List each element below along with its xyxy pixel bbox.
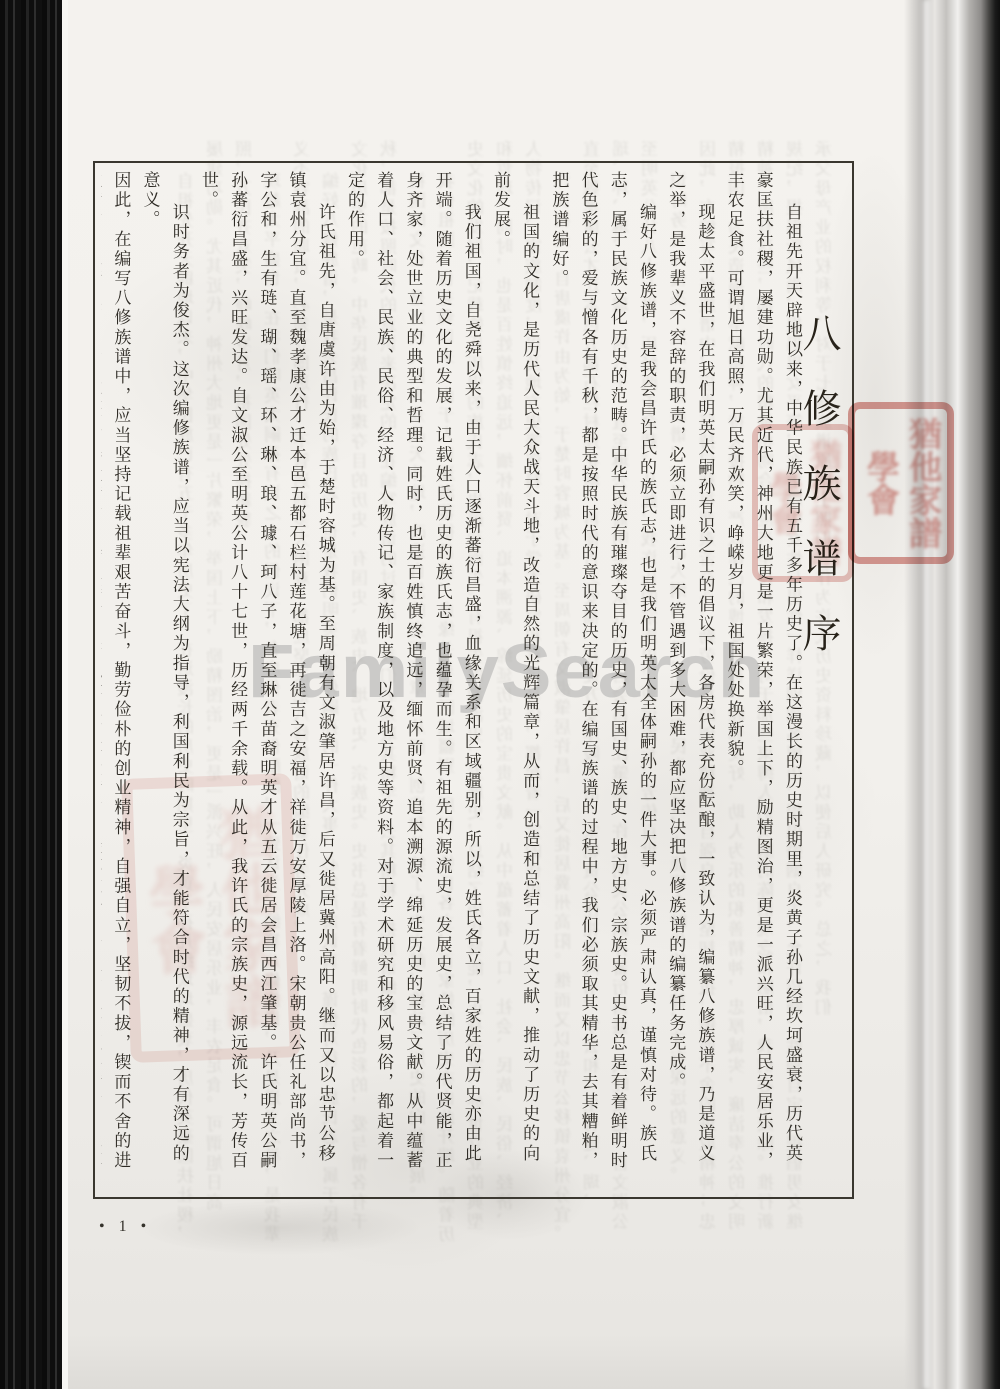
preface-paragraph: 我们祖国，自尧舜以来，由于人口逐渐蕃衍昌盛，血缘关系和区域疆别，所以，姓氏各立，… <box>340 171 486 1183</box>
library-seal-ghost: 猶他家譜學會 <box>752 424 854 582</box>
library-seal-text: 猶他家譜學會 <box>859 415 943 551</box>
film-edge-left <box>0 0 62 1389</box>
preface-paragraph: 编好八修族谱，是我会昌许氏的族氏志，也是我们明英太全体嗣孙的一件大事。必须严肃认… <box>544 171 661 1183</box>
preface-paragraph: 自祖先开天辟地以来，中华民族已有五千多年历史了。在这漫长的历史时期里，炎黄子孙几… <box>719 171 807 1183</box>
scanned-book-page: 自祖先开天辟地以来，中华民族已有五千多年历史了。在这漫长的历史时期里，炎黄子孙几… <box>0 0 1000 1389</box>
library-seal-text: 猶他家譜學會 <box>137 791 286 1046</box>
page-edge-shadow <box>904 0 1000 1389</box>
library-seal-faint: 猶他家譜學會 <box>121 773 301 1063</box>
library-seal: 猶他家譜學會 <box>848 402 954 564</box>
preface-paragraph: 祖国的文化，是历代人民大众战天斗地，改造自然的光辉篇章，从而，创造和总结了历史文… <box>486 171 544 1183</box>
library-seal-text: 猶他家譜學會 <box>762 436 844 570</box>
page-number: • 1 • <box>99 1218 151 1236</box>
preface-paragraph: 现趁太平盛世，在我们明英太嗣孙有识之士的倡议下，各房代表充份酝酿，一致认为，编纂… <box>661 171 719 1183</box>
page-edge-highlight <box>923 0 930 1389</box>
